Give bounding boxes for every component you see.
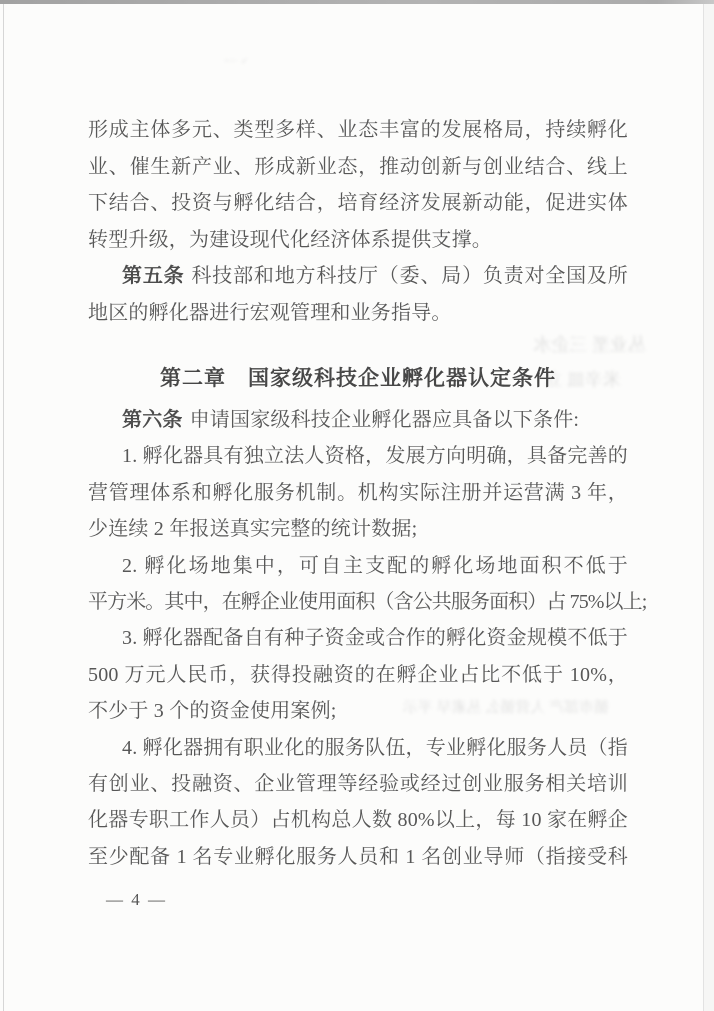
- article-5-line: 第五条科技部和地方科技厅（委、局）负责对全国及所在: [88, 258, 628, 295]
- body-line: 业、催生新产业、形成新业态，推动创新与创业结合、线上与线: [88, 149, 628, 186]
- body-line: 少连续 2 年报送真实完整的统计数据;: [88, 511, 628, 547]
- body-line: 地区的孵化器进行宏观管理和业务指导。: [88, 295, 628, 332]
- body-line: 不少于 3 个的资金使用案例;: [88, 693, 628, 729]
- paragraph-block-top: 形成主体多元、类型多样、业态丰富的发展格局，持续孵化新企 业、催生新产业、形成新…: [88, 112, 628, 332]
- article-number: 第五条: [122, 265, 184, 287]
- article-text: 申请国家级科技企业孵化器应具备以下条件:: [190, 409, 580, 431]
- body-line: 有创业、投融资、企业管理等经验或经过创业服务相关培训的孵: [88, 766, 628, 802]
- scanned-document-page: 丶一 形成主体多元、类型多样、业态丰富的发展格局，持续孵化新企 业、催生新产业、…: [0, 0, 714, 1011]
- paragraph-block-main: 第六条申请国家级科技企业孵化器应具备以下条件: 1. 孵化器具有独立法人资格，发…: [88, 402, 628, 875]
- condition-3-line: 3. 孵化器配备自有种子资金或合作的孵化资金规模不低于: [88, 620, 628, 656]
- bleed-through-marks: 丛业垩 三企水: [526, 331, 646, 357]
- body-line: 平方米。其中，在孵企业使用面积（含公共服务面积）占 75%以上;: [88, 584, 628, 620]
- body-line: 转型升级，为建设现代化经济体系提供支撑。: [88, 222, 628, 259]
- page-number: — 4 —: [106, 889, 186, 911]
- article-6-line: 第六条申请国家级科技企业孵化器应具备以下条件:: [88, 402, 628, 438]
- body-line: 至少配备 1 名专业孵化服务人员和 1 名创业导师（指接受科技部: [88, 839, 628, 875]
- condition-2-line: 2. 孵化场地集中，可自主支配的孵化场地面积不低于 10000: [88, 548, 628, 584]
- condition-4-line: 4. 孵化器拥有职业化的服务队伍，专业孵化服务人员（指具: [88, 730, 628, 766]
- bleed-through-marks: 丶一: [192, 52, 252, 72]
- condition-1-line: 1. 孵化器具有独立法人资格，发展方向明确，具备完善的运: [88, 438, 628, 474]
- scan-edge-left: [3, 4, 4, 1011]
- body-line: 化器专职工作人员）占机构总人数 80%以上，每 10 家在孵企业: [88, 802, 628, 838]
- scan-edge-right: [703, 4, 704, 1011]
- body-line: 下结合、投资与孵化结合，培育经济发展新动能，促进实体经济: [88, 185, 628, 222]
- body-line: 营管理体系和孵化服务机制。机构实际注册并运营满 3 年，且至: [88, 475, 628, 511]
- scan-margin-right: [704, 4, 714, 1011]
- scan-edge-top: [0, 0, 714, 4]
- body-line: 形成主体多元、类型多样、业态丰富的发展格局，持续孵化新企: [88, 112, 628, 149]
- article-number: 第六条: [122, 409, 183, 431]
- body-line: 500 万元人民币，获得投融资的在孵企业占比不低于 10%，并有: [88, 657, 628, 693]
- chapter-heading: 第二章 国家级科技企业孵化器认定条件: [88, 360, 628, 398]
